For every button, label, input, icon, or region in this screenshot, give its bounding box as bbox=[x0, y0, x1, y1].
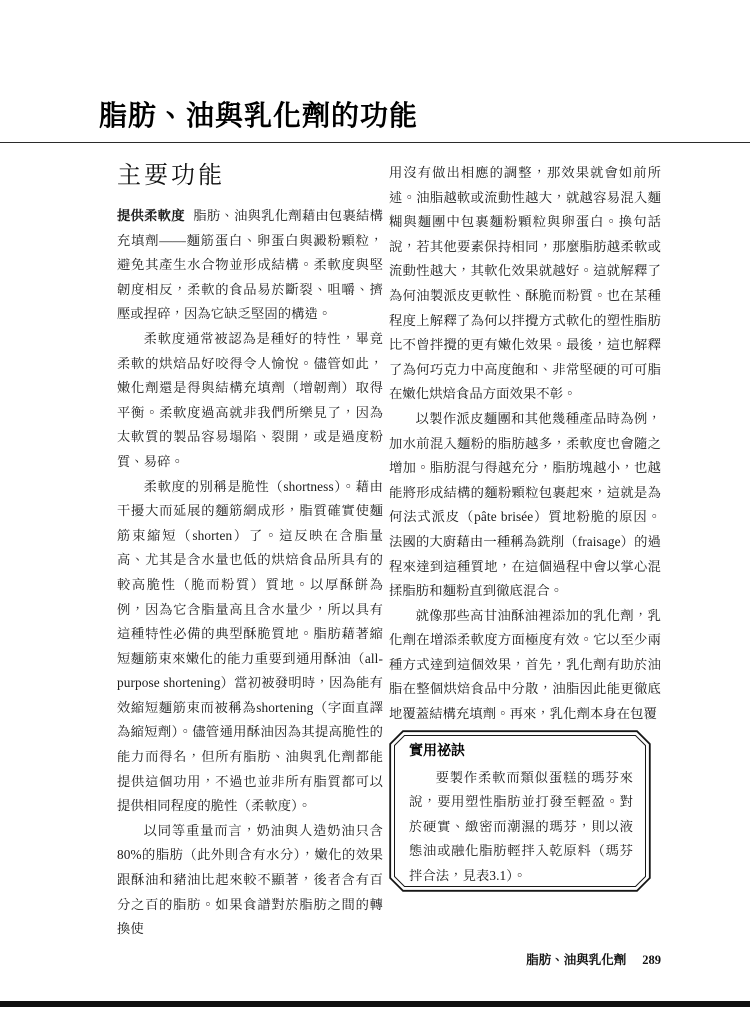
paragraph: 以製作派皮麵團和其他幾種產品時為例，加水前混入麵粉的脂肪越多，柔軟度也會隨之增加… bbox=[389, 407, 661, 604]
running-footer: 脂肪、油與乳化劑289 bbox=[117, 950, 661, 968]
tip-box-title: 實用祕訣 bbox=[409, 742, 633, 761]
paragraph: 以同等重量而言，奶油與人造奶油只含80%的脂肪（此外則含有水分），嫩化的效果跟酥… bbox=[117, 819, 383, 942]
paragraph: 柔軟度的別稱是脆性（shortness）。藉由干擾大而延展的麵筋網成形，脂質確實… bbox=[117, 475, 383, 819]
run-in-heading: 提供柔軟度 bbox=[117, 208, 185, 223]
tip-box: 實用祕訣 要製作柔軟而類似蛋糕的瑪芬來說，要用塑性脂肪並打發至輕盈。對於硬實、緻… bbox=[389, 730, 651, 892]
paragraph: 就像那些高甘油酥油裡添加的乳化劑，乳化劑在增添柔軟度方面極度有效。它以至少兩種方… bbox=[389, 604, 661, 727]
text-column-right: 用沒有做出相應的調整，那效果就會如前所述。油脂越軟或流動性越大，就越容易混入麵糊… bbox=[389, 161, 661, 942]
tip-box-content: 實用祕訣 要製作柔軟而類似蛋糕的瑪芬來說，要用塑性脂肪並打發至輕盈。對於硬實、緻… bbox=[389, 730, 651, 889]
paragraph: 提供柔軟度脂肪、油與乳化劑藉由包裹結構充填劑——麵筋蛋白、卵蛋白與澱粉顆粒，避免… bbox=[117, 204, 383, 327]
footer-chapter: 脂肪、油與乳化劑 bbox=[526, 953, 626, 967]
tip-box-body: 要製作柔軟而類似蛋糕的瑪芬來說，要用塑性脂肪並打發至輕盈。對於硬實、緻密而潮濕的… bbox=[409, 766, 633, 889]
footer-page-number: 289 bbox=[642, 953, 661, 967]
paragraph: 用沒有做出相應的調整，那效果就會如前所述。油脂越軟或流動性越大，就越容易混入麵糊… bbox=[389, 161, 661, 407]
paragraph-text: 脂肪、油與乳化劑藉由包裹結構充填劑——麵筋蛋白、卵蛋白與澱粉顆粒，避免其產生水合… bbox=[117, 208, 383, 321]
page-title: 脂肪、油與乳化劑的功能 bbox=[99, 94, 418, 134]
title-rule bbox=[0, 142, 750, 143]
text-columns: 主要功能 提供柔軟度脂肪、油與乳化劑藉由包裹結構充填劑——麵筋蛋白、卵蛋白與澱粉… bbox=[117, 161, 661, 942]
paragraph: 柔軟度通常被認為是種好的特性，畢竟柔軟的烘焙品好咬得令人愉悅。儘管如此，嫩化劑還… bbox=[117, 327, 383, 475]
bottom-bar bbox=[0, 1001, 750, 1007]
section-heading: 主要功能 bbox=[117, 161, 383, 191]
text-column-left: 主要功能 提供柔軟度脂肪、油與乳化劑藉由包裹結構充填劑——麵筋蛋白、卵蛋白與澱粉… bbox=[117, 161, 383, 942]
